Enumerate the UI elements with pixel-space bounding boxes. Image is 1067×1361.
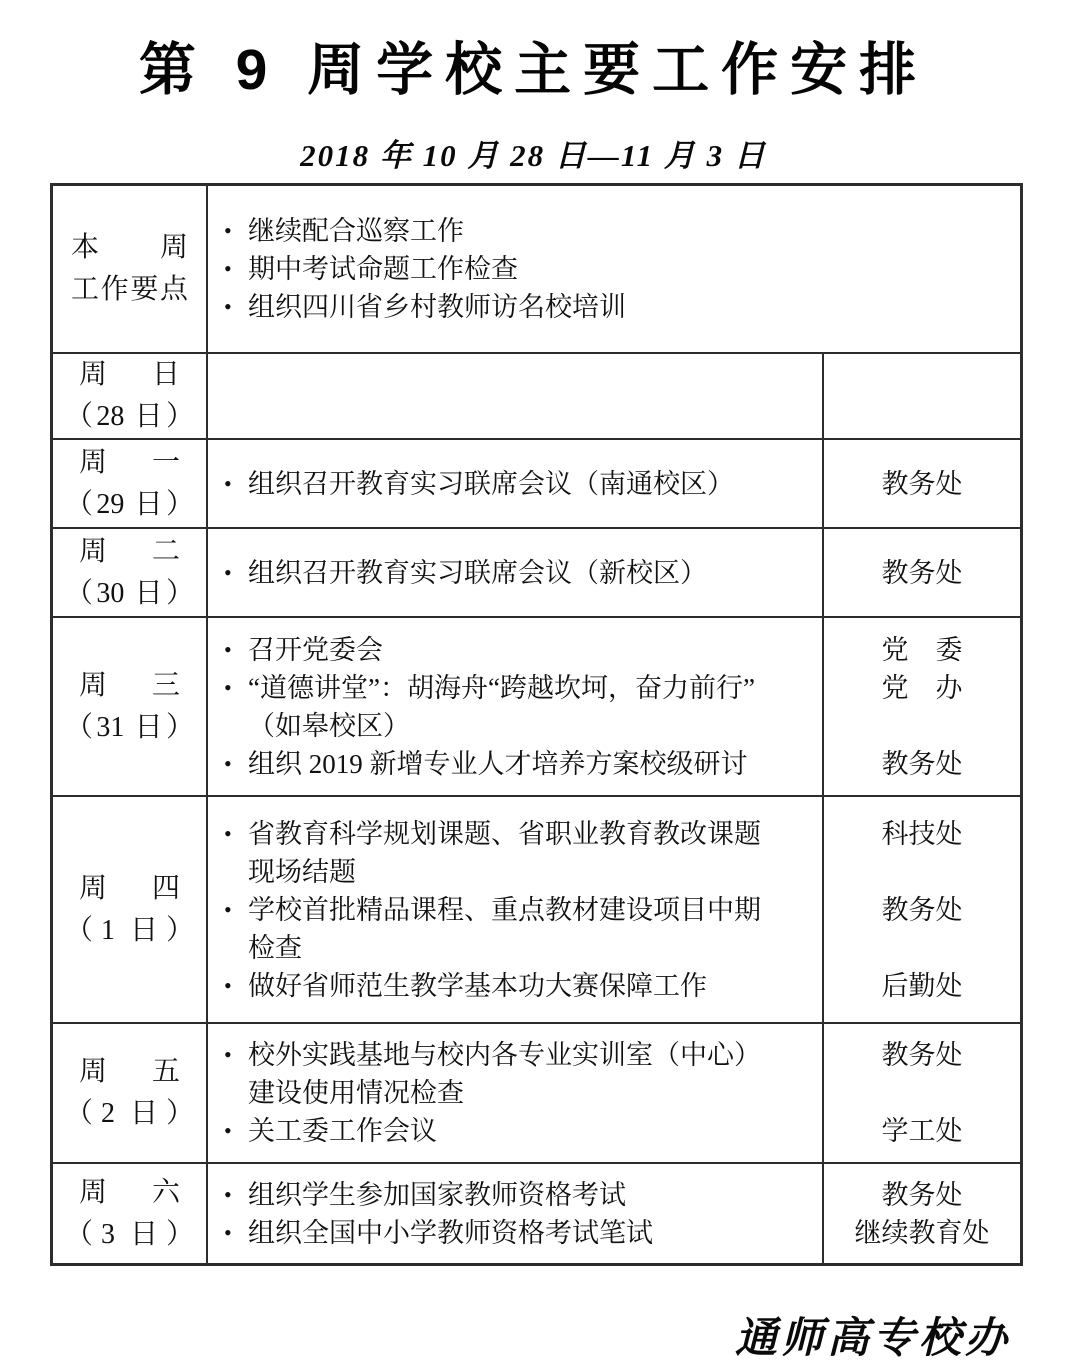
day-label-wednesday: 周 三 （31 日） xyxy=(53,618,208,795)
dept-label xyxy=(828,929,1016,967)
dept-label xyxy=(828,853,1016,891)
dept-label xyxy=(828,707,1016,745)
schedule-table: 本 周 工作要点 •继续配合巡察工作 •期中考试命题工作检查 •组织四川省乡村教… xyxy=(50,183,1023,1266)
day-tasks: •组织召开教育实习联席会议（南通校区） xyxy=(208,440,822,527)
bullet-icon: • xyxy=(224,631,248,669)
table-row-sunday: 周 日 （28 日） xyxy=(53,352,1020,438)
bullet-icon: • xyxy=(224,250,248,288)
row-label-line1: 本 周 xyxy=(53,227,206,269)
task-text: “道德讲堂”：胡海舟“跨越坎坷，奋力前行” xyxy=(248,673,755,703)
day-name: 周 一 xyxy=(53,442,206,484)
task-line: •组织四川省乡村教师访名校培训 xyxy=(224,288,1012,326)
day-date: （29 日） xyxy=(53,484,206,526)
table-row-saturday: 周 六 （3 日） •组织学生参加国家教师资格考试 •组织全国中小学教师资格考试… xyxy=(53,1162,1020,1263)
task-text: 继续配合巡察工作 xyxy=(248,216,464,246)
task-text: （如皋校区） xyxy=(248,711,410,741)
day-name: 周 五 xyxy=(53,1051,206,1093)
task-text: 建设使用情况检查 xyxy=(248,1078,464,1108)
day-label-saturday: 周 六 （3 日） xyxy=(53,1164,208,1263)
task-text: 学校首批精品课程、重点教材建设项目中期 xyxy=(248,895,761,925)
page-title: 第 9 周学校主要工作安排 xyxy=(0,24,1067,106)
task-text: 组织 2019 新增专业人才培养方案校级研讨 xyxy=(248,749,748,779)
task-text: 组织召开教育实习联席会议（南通校区） xyxy=(248,469,734,499)
dept-label: 教务处 xyxy=(828,745,1016,783)
task-text: 检查 xyxy=(248,933,302,963)
date-range: 2018 年 10 月 28 日—11 月 3 日 xyxy=(0,130,1067,175)
dept-label: 教务处 xyxy=(828,465,1016,503)
day-date: （3 日） xyxy=(53,1214,206,1256)
task-text: 省教育科学规划课题、省职业教育教改课题 xyxy=(248,819,761,849)
task-line: •组织召开教育实习联席会议（南通校区） xyxy=(224,465,814,503)
day-depts: 科技处 教务处 后勤处 xyxy=(822,797,1020,1022)
row-label-line2: 工作要点 xyxy=(53,269,206,311)
day-date: （28 日） xyxy=(53,396,206,438)
day-label-friday: 周 五 （2 日） xyxy=(53,1024,208,1162)
row-label-highlights: 本 周 工作要点 xyxy=(53,186,208,352)
bullet-icon: • xyxy=(224,815,248,853)
dept-label: 科技处 xyxy=(828,815,1016,853)
table-row-friday: 周 五 （2 日） •校外实践基地与校内各专业实训室（中心） 建设使用情况检查 … xyxy=(53,1022,1020,1162)
bullet-icon: • xyxy=(224,1112,248,1150)
day-label-monday: 周 一 （29 日） xyxy=(53,440,208,527)
day-date: （1 日） xyxy=(53,910,206,952)
day-label-tuesday: 周 二 （30 日） xyxy=(53,529,208,616)
day-depts: 党 委 党 办 教务处 xyxy=(822,618,1020,795)
day-tasks: •组织学生参加国家教师资格考试 •组织全国中小学教师资格考试笔试 xyxy=(208,1164,822,1263)
dept-label: 党 办 xyxy=(828,669,1016,707)
task-line: •关工委工作会议 xyxy=(224,1112,814,1150)
day-tasks xyxy=(208,354,822,438)
table-row-tuesday: 周 二 （30 日） •组织召开教育实习联席会议（新校区） 教务处 xyxy=(53,527,1020,616)
task-text: 组织学生参加国家教师资格考试 xyxy=(248,1180,626,1210)
bullet-icon: • xyxy=(224,967,248,1005)
bullet-icon: • xyxy=(224,669,248,707)
day-tasks: •省教育科学规划课题、省职业教育教改课题 现场结题 •学校首批精品课程、重点教材… xyxy=(208,797,822,1022)
day-name: 周 六 xyxy=(53,1172,206,1214)
day-date: （30 日） xyxy=(53,573,206,615)
bullet-icon: • xyxy=(224,465,248,503)
task-text: 组织四川省乡村教师访名校培训 xyxy=(248,292,626,322)
task-line: •组织召开教育实习联席会议（新校区） xyxy=(224,554,814,592)
bullet-icon: • xyxy=(224,554,248,592)
bullet-icon: • xyxy=(224,891,248,929)
dept-label: 教务处 xyxy=(828,891,1016,929)
bullet-icon: • xyxy=(224,1214,248,1252)
task-line: •学校首批精品课程、重点教材建设项目中期 xyxy=(224,891,814,929)
task-text: 校外实践基地与校内各专业实训室（中心） xyxy=(248,1040,761,1070)
task-text: 召开党委会 xyxy=(248,635,383,665)
dept-label: 教务处 xyxy=(828,1176,1016,1214)
day-label-thursday: 周 四 （1 日） xyxy=(53,797,208,1022)
bullet-icon: • xyxy=(224,1176,248,1214)
task-line: •做好省师范生教学基本功大赛保障工作 xyxy=(224,967,814,1005)
day-tasks: •召开党委会 •“道德讲堂”：胡海舟“跨越坎坷，奋力前行” （如皋校区） •组织… xyxy=(208,618,822,795)
day-name: 周 二 xyxy=(53,531,206,573)
day-depts: 教务处 xyxy=(822,440,1020,527)
footer-signature: 通师高专校办 xyxy=(735,1305,1011,1361)
dept-label: 继续教育处 xyxy=(828,1214,1016,1252)
task-line-continuation: 建设使用情况检查 xyxy=(224,1074,814,1112)
dept-label: 后勤处 xyxy=(828,967,1016,1005)
task-line: •省教育科学规划课题、省职业教育教改课题 xyxy=(224,815,814,853)
day-depts: 教务处 xyxy=(822,529,1020,616)
day-label-sunday: 周 日 （28 日） xyxy=(53,354,208,438)
day-depts xyxy=(822,354,1020,438)
bullet-icon: • xyxy=(224,288,248,326)
task-line: •组织全国中小学教师资格考试笔试 xyxy=(224,1214,814,1252)
task-text: 现场结题 xyxy=(248,857,356,887)
day-tasks: •组织召开教育实习联席会议（新校区） xyxy=(208,529,822,616)
task-text: 关工委工作会议 xyxy=(248,1116,437,1146)
table-row-wednesday: 周 三 （31 日） •召开党委会 •“道德讲堂”：胡海舟“跨越坎坷，奋力前行”… xyxy=(53,616,1020,795)
day-tasks: •校外实践基地与校内各专业实训室（中心） 建设使用情况检查 •关工委工作会议 xyxy=(208,1024,822,1162)
day-date: （31 日） xyxy=(53,707,206,749)
table-row-monday: 周 一 （29 日） •组织召开教育实习联席会议（南通校区） 教务处 xyxy=(53,438,1020,527)
task-text: 期中考试命题工作检查 xyxy=(248,254,518,284)
dept-label xyxy=(828,1074,1016,1112)
dept-label: 教务处 xyxy=(828,554,1016,592)
task-line: •继续配合巡察工作 xyxy=(224,212,1012,250)
task-line: •校外实践基地与校内各专业实训室（中心） xyxy=(224,1036,814,1074)
day-name: 周 日 xyxy=(53,354,206,396)
bullet-icon: • xyxy=(224,212,248,250)
task-line-continuation: 现场结题 xyxy=(224,853,814,891)
day-name: 周 四 xyxy=(53,868,206,910)
table-row-highlights: 本 周 工作要点 •继续配合巡察工作 •期中考试命题工作检查 •组织四川省乡村教… xyxy=(53,186,1020,352)
task-line: •组织 2019 新增专业人才培养方案校级研讨 xyxy=(224,745,814,783)
bullet-icon: • xyxy=(224,1036,248,1074)
bullet-icon: • xyxy=(224,745,248,783)
task-text: 组织全国中小学教师资格考试笔试 xyxy=(248,1218,653,1248)
dept-label: 教务处 xyxy=(828,1036,1016,1074)
highlights-tasks: •继续配合巡察工作 •期中考试命题工作检查 •组织四川省乡村教师访名校培训 xyxy=(208,186,1020,352)
task-text: 组织召开教育实习联席会议（新校区） xyxy=(248,558,707,588)
task-text: 做好省师范生教学基本功大赛保障工作 xyxy=(248,971,707,1001)
task-line: •期中考试命题工作检查 xyxy=(224,250,1012,288)
task-line: •召开党委会 xyxy=(224,631,814,669)
task-line: •“道德讲堂”：胡海舟“跨越坎坷，奋力前行” xyxy=(224,669,814,707)
dept-label: 党 委 xyxy=(828,631,1016,669)
day-date: （2 日） xyxy=(53,1093,206,1135)
task-line: •组织学生参加国家教师资格考试 xyxy=(224,1176,814,1214)
dept-label: 学工处 xyxy=(828,1112,1016,1150)
task-line-continuation: （如皋校区） xyxy=(224,707,814,745)
day-name: 周 三 xyxy=(53,665,206,707)
day-depts: 教务处 学工处 xyxy=(822,1024,1020,1162)
task-line-continuation: 检查 xyxy=(224,929,814,967)
day-depts: 教务处 继续教育处 xyxy=(822,1164,1020,1263)
table-row-thursday: 周 四 （1 日） •省教育科学规划课题、省职业教育教改课题 现场结题 •学校首… xyxy=(53,795,1020,1022)
